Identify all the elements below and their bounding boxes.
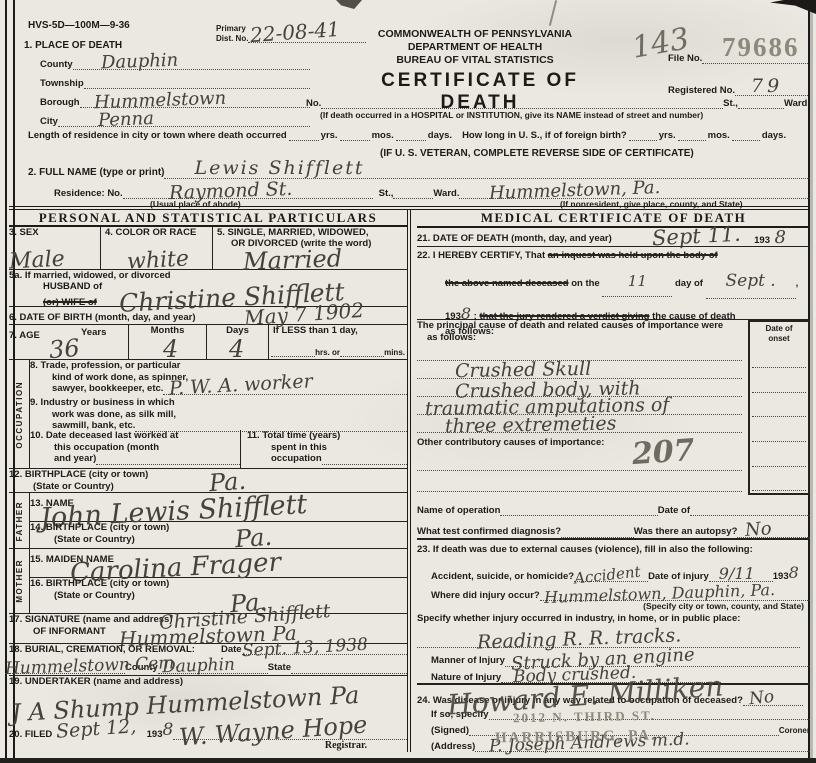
mother-side-label: MOTHER bbox=[15, 559, 24, 603]
s21-label: 21. DATE OF DEATH (month, day, and year) bbox=[417, 233, 612, 244]
us-days: days. bbox=[762, 130, 786, 141]
city-label: City bbox=[40, 116, 58, 127]
res-ward-label: Ward. bbox=[433, 188, 459, 199]
father-name-row: 13. NAME John Lewis Shifflett bbox=[30, 493, 407, 522]
onset-label-2: onset bbox=[752, 334, 806, 344]
other-line-2 bbox=[417, 471, 742, 492]
autopsy-row: What test confirmed diagnosis? Was there… bbox=[417, 516, 810, 539]
s11-line2: spent in this bbox=[247, 442, 407, 453]
burial-state-label: State bbox=[268, 662, 291, 673]
primary-district: Primary Dist. No. 22-08-41 bbox=[216, 24, 376, 43]
burial-date-label: Date bbox=[221, 644, 242, 655]
medical-column: MEDICAL CERTIFICATE OF DEATH 21. DATE OF… bbox=[407, 210, 810, 752]
street-line bbox=[321, 108, 723, 109]
burial-place-line: Hummelstown Cem. bbox=[9, 673, 125, 674]
bureau-line: BUREAU OF VITAL STATISTICS bbox=[360, 54, 590, 67]
mins-line bbox=[340, 356, 384, 357]
marital-label-1: 5. SINGLE, MARRIED, WIDOWED, bbox=[217, 227, 407, 238]
res-st-line bbox=[393, 198, 433, 199]
no-label: No. bbox=[306, 98, 321, 109]
dist-no-label: Dist. No. bbox=[216, 34, 248, 44]
s11-line1: 11. Total time (years) bbox=[247, 430, 407, 441]
address-stamp-line1: 2012 N. THIRD ST. bbox=[513, 708, 656, 726]
struck-deceased: the above named deceased bbox=[445, 278, 569, 289]
street-row: No. St., Ward. bbox=[306, 96, 810, 109]
onset-box: Date of onset bbox=[748, 320, 810, 495]
s23-label: 23. If death was due to external causes … bbox=[417, 540, 810, 561]
autopsy-label: Was there an autopsy? bbox=[634, 526, 738, 537]
race-cell: 4. COLOR OR RACE white bbox=[101, 227, 213, 269]
onset-line-c bbox=[752, 393, 806, 418]
us-mos: mos. bbox=[708, 130, 730, 141]
sex-cell: 3. SEX Male bbox=[9, 227, 101, 269]
occupation-group: OCCUPATION 8. Trade, profession, or part… bbox=[9, 360, 407, 469]
accident-line: Accident bbox=[574, 581, 648, 582]
injury-year-printed: 193 bbox=[773, 571, 789, 582]
len-mos-line bbox=[340, 140, 370, 141]
s9-line2: work was done, as silk mill, bbox=[30, 409, 176, 420]
burial-county-line: Dauphin bbox=[158, 673, 268, 674]
principal-line2: as follows: bbox=[417, 332, 742, 343]
death-certificate: HVS-5D—100M—9-36 1. PLACE OF DEATH Count… bbox=[0, 0, 816, 763]
scan-artifact-crease bbox=[549, 0, 557, 26]
registered-no-value: 79 bbox=[751, 75, 783, 97]
scan-artifact-top bbox=[336, 0, 362, 9]
township-row: Township bbox=[40, 69, 310, 89]
address-label: (Address) bbox=[431, 741, 475, 752]
occupation-gutter: OCCUPATION bbox=[9, 360, 30, 468]
s5a-line1: 5a. If married, widowed, or divorced bbox=[9, 270, 407, 281]
coroner-label: Coroner bbox=[779, 726, 810, 736]
registered-no-row: Registered No. 79 bbox=[668, 80, 808, 96]
us-days-line bbox=[732, 140, 760, 141]
principal-cause-block: The principal cause of death and related… bbox=[417, 320, 810, 495]
s16-line1: 16. BIRTHPLACE (city or town) bbox=[30, 578, 407, 589]
agency-block: COMMONWEALTH OF PENNSYLVANIA DEPARTMENT … bbox=[360, 28, 590, 67]
full-name-row: 2. FULL NAME (type or print) Lewis Shiff… bbox=[28, 163, 810, 179]
city-row: City Penna bbox=[40, 107, 310, 127]
sex-label: 3. SEX bbox=[9, 227, 100, 238]
burial-date-line: Sept. 13, 1938 bbox=[242, 654, 407, 655]
us-label: How long in U. S., if of foreign birth? bbox=[462, 130, 627, 141]
length-label: Length of residence in city or town wher… bbox=[28, 130, 287, 141]
death-year-printed: 193 bbox=[754, 235, 770, 246]
registrar-line: W. Wayne Hope bbox=[173, 739, 407, 740]
last-worked-line bbox=[96, 464, 240, 465]
months-label: Months bbox=[129, 325, 206, 336]
certify-month-line: Sept . bbox=[706, 265, 796, 298]
certify-month: Sept . bbox=[725, 271, 775, 291]
columns: PERSONAL AND STATISTICAL PARTICULARS 3. … bbox=[9, 206, 810, 752]
accident-label: Accident, suicide, or homicide? bbox=[431, 571, 574, 582]
cause-main: The principal cause of death and related… bbox=[417, 320, 748, 495]
sex-race-marital-row: 3. SEX Male 4. COLOR OR RACE white 5. SI… bbox=[9, 227, 407, 270]
death-date-value: Sept 11. bbox=[651, 222, 741, 251]
injury-year-hw: 8 bbox=[789, 563, 799, 582]
s8-line3: sawyer, bookkeeper, etc. bbox=[30, 383, 163, 394]
full-name-value: Lewis Shifflett bbox=[194, 157, 364, 179]
age-row: 7. AGE Years 36 Months 4 Days 4 If LESS … bbox=[9, 325, 407, 361]
age-label: 7. AGE bbox=[9, 330, 40, 341]
len-yrs: yrs. bbox=[321, 130, 338, 141]
days-label: Days bbox=[207, 325, 268, 336]
hrs-line bbox=[271, 356, 315, 357]
autopsy-line: No bbox=[737, 537, 810, 538]
personal-column: PERSONAL AND STATISTICAL PARTICULARS 3. … bbox=[9, 210, 407, 752]
borough-row: Borough Hummelstown bbox=[40, 88, 310, 108]
file-no-row: File No. bbox=[668, 50, 808, 64]
veteran-note: (IF U. S. VETERAN, COMPLETE REVERSE SIDE… bbox=[380, 148, 694, 159]
res-st-label: St., bbox=[379, 188, 394, 199]
father-birthplace-row: 14. BIRTHPLACE (city or town) (State or … bbox=[30, 522, 407, 548]
residence-label: Residence: No. bbox=[54, 188, 123, 199]
filed-date-value: Sept 12, bbox=[56, 715, 138, 743]
onset-line-e bbox=[752, 442, 806, 467]
medical-heading: MEDICAL CERTIFICATE OF DEATH bbox=[417, 210, 810, 228]
marital-cell: 5. SINGLE, MARRIED, WIDOWED, OR DIVORCED… bbox=[213, 227, 407, 269]
s8-line1: 8. Trade, profession, or particular bbox=[30, 360, 407, 371]
test-line bbox=[561, 537, 634, 538]
county-row: County Dauphin bbox=[40, 50, 310, 70]
less-label: If LESS than 1 day, bbox=[273, 325, 407, 336]
day-of: day of bbox=[675, 278, 703, 289]
full-name-label: 2. FULL NAME (type or print) bbox=[28, 167, 164, 179]
manner-label: Manner of Injury bbox=[431, 655, 505, 666]
related-value: No bbox=[748, 687, 775, 710]
other-value: 207 bbox=[631, 433, 696, 473]
certify-day-line: 11 bbox=[602, 267, 672, 297]
personal-heading: PERSONAL AND STATISTICAL PARTICULARS bbox=[9, 210, 407, 227]
public-label: Specify whether injury occurred in indus… bbox=[417, 613, 810, 627]
dob-label: 6. DATE OF BIRTH (month, day, and year) bbox=[9, 312, 196, 323]
operation-row: Name of operation Date of bbox=[417, 495, 810, 516]
filed-year-printed: 193 bbox=[147, 729, 163, 740]
us-mos-line bbox=[678, 140, 706, 141]
bottom-edge-rule bbox=[0, 758, 816, 763]
burial-county-value: Dauphin bbox=[161, 654, 235, 677]
filed-row: 20. FILED Sept 12, 193 8 W. Wayne Hope R… bbox=[9, 720, 407, 752]
cause-line-2: Crushed body, with bbox=[417, 379, 742, 397]
address-line: P. Joseph Andrews m.d. bbox=[475, 751, 810, 752]
address-stamp-line2: HARRISBURG, PA. bbox=[495, 728, 657, 748]
where-label: Where did injury occur? bbox=[431, 590, 540, 601]
s16-line2: (State or Country) bbox=[30, 590, 407, 601]
operation-label: Name of operation bbox=[417, 505, 500, 516]
where-row: Where did injury occur? Hummelstown, Dau… bbox=[417, 582, 810, 601]
age-days-cell: Days 4 bbox=[207, 325, 269, 360]
struck-inquest: an inquest was held upon the body of bbox=[548, 250, 718, 261]
hrs-label: hrs. or bbox=[315, 348, 340, 358]
onset-line-b bbox=[752, 368, 806, 393]
death-date-row: 21. DATE OF DEATH (month, day, and year)… bbox=[417, 228, 810, 247]
onset-label-1: Date of bbox=[752, 324, 806, 334]
st-label: St., bbox=[723, 98, 738, 109]
trade-line: P. W. A. worker bbox=[163, 394, 407, 395]
accident-row: Accident, suicide, or homicide? Accident… bbox=[417, 561, 810, 582]
age-months-cell: Months 4 bbox=[129, 325, 207, 360]
s10-line2: this occupation (month bbox=[30, 442, 240, 453]
related-line: No bbox=[743, 705, 803, 706]
cause-value-4: three extremeties bbox=[445, 413, 617, 438]
us-yrs: yrs. bbox=[659, 130, 676, 141]
other-label: Other contributory causes of importance: bbox=[417, 437, 604, 448]
cause-line-1: Crushed Skull bbox=[417, 361, 742, 379]
public-line: Reading R. R. tracks. bbox=[417, 627, 800, 648]
commonwealth-line: COMMONWEALTH OF PENNSYLVANIA bbox=[360, 28, 590, 41]
death-year-hw: 8 bbox=[775, 227, 786, 248]
autopsy-value: No bbox=[745, 518, 773, 541]
hospital-note: (If death occurred in a HOSPITAL or INST… bbox=[320, 110, 800, 120]
mother-gutter: MOTHER bbox=[9, 549, 30, 613]
father-gutter: FATHER bbox=[9, 493, 30, 548]
s22-prefix: 22. I HEREBY CERTIFY, That bbox=[417, 250, 545, 261]
trade-row: 8. Trade, profession, or particular kind… bbox=[30, 360, 407, 397]
residence-row: Residence: No. Raymond St. St., Ward. Hu… bbox=[54, 185, 810, 199]
len-days: days. bbox=[428, 130, 452, 141]
s11-line3: occupation bbox=[247, 453, 322, 464]
s10-line1: 10. Date deceased last worked at bbox=[30, 430, 240, 441]
last-worked-cell: 10. Date deceased last worked at this oc… bbox=[30, 430, 240, 468]
department-line: DEPARTMENT OF HEALTH bbox=[360, 41, 590, 54]
s14-line2: (State or Country) bbox=[30, 534, 407, 545]
mins-label: mins. bbox=[384, 348, 405, 358]
mother-name-row: 15. MAIDEN NAME Carolina Frager bbox=[30, 549, 407, 578]
certify-block: 22. I HEREBY CERTIFY, That an inquest wa… bbox=[417, 247, 810, 320]
len-days-line bbox=[396, 140, 426, 141]
len-yrs-line bbox=[289, 140, 319, 141]
industry-row: 9. Industry or business in which work wa… bbox=[30, 397, 407, 430]
len-mos: mos. bbox=[372, 130, 394, 141]
father-group: FATHER 13. NAME John Lewis Shifflett 14.… bbox=[9, 493, 407, 549]
father-side-label: FATHER bbox=[15, 501, 24, 541]
s9-line1: 9. Industry or business in which bbox=[30, 397, 407, 408]
form-code: HVS-5D—100M—9-36 bbox=[28, 20, 130, 32]
coroner-block: 24. Was disease or injury in any way rel… bbox=[417, 685, 810, 752]
age-days-value: 4 bbox=[229, 335, 244, 363]
onset-line-f bbox=[752, 467, 806, 492]
s10-line3: and year) bbox=[30, 453, 96, 464]
injury-date-label: Date of injury bbox=[648, 571, 709, 582]
s20-label: 20. FILED bbox=[9, 729, 52, 740]
birthplace-row: 12. BIRTHPLACE (city or town) (State or … bbox=[9, 469, 407, 493]
test-label: What test confirmed diagnosis? bbox=[417, 526, 561, 537]
less-than-day-cell: If LESS than 1 day, hrs. or mins. bbox=[269, 325, 407, 360]
last-worked-row: 10. Date deceased last worked at this oc… bbox=[30, 430, 407, 468]
mother-group: MOTHER 15. MAIDEN NAME Carolina Frager 1… bbox=[9, 549, 407, 614]
file-no-line bbox=[702, 63, 808, 64]
age-years-cell: 7. AGE Years 36 bbox=[9, 325, 129, 360]
dob-row: 6. DATE OF BIRTH (month, day, and year) … bbox=[9, 307, 407, 325]
ward-label: Ward. bbox=[784, 98, 810, 109]
certify-day: 11 bbox=[628, 272, 647, 290]
total-time-line bbox=[322, 464, 407, 465]
residence-length-row: Length of residence in city or town wher… bbox=[28, 127, 810, 141]
signed-label: (Signed) bbox=[431, 725, 469, 736]
occupation-side-label: OCCUPATION bbox=[15, 381, 24, 449]
nature-label: Nature of Injury bbox=[431, 672, 501, 683]
principal-line1: The principal cause of death and related… bbox=[417, 320, 742, 331]
filed-year-hw: 8 bbox=[162, 720, 173, 740]
race-label: 4. COLOR OR RACE bbox=[105, 227, 212, 238]
onset-line-a bbox=[752, 343, 806, 368]
other-contributory: Other contributory causes of importance:… bbox=[417, 437, 742, 448]
cause-line-4: three extremeties bbox=[417, 415, 742, 433]
date-of-label: Date of bbox=[658, 505, 690, 516]
st-line bbox=[738, 108, 784, 109]
where-line: Hummelstown, Dauphin, Pa. bbox=[540, 600, 810, 601]
total-time-cell: 11. Total time (years) spent in this occ… bbox=[240, 430, 407, 468]
file-no-label: File No. bbox=[668, 53, 702, 64]
s14-line1: 14. BIRTHPLACE (city or town) bbox=[30, 522, 407, 533]
on-the: on the bbox=[571, 278, 600, 289]
onset-line-d bbox=[752, 417, 806, 442]
burial-state-line bbox=[291, 673, 407, 674]
dist-no-value: 22-08-41 bbox=[250, 17, 341, 47]
us-yrs-line bbox=[629, 140, 657, 141]
dist-no-line: 22-08-41 bbox=[248, 42, 366, 43]
burial-row: 18. BURIAL, CREMATION, OR REMOVAL: Date … bbox=[9, 644, 407, 676]
registered-no-label: Registered No. bbox=[668, 85, 735, 96]
years-label: Years bbox=[81, 327, 106, 338]
age-months-value: 4 bbox=[163, 335, 178, 363]
